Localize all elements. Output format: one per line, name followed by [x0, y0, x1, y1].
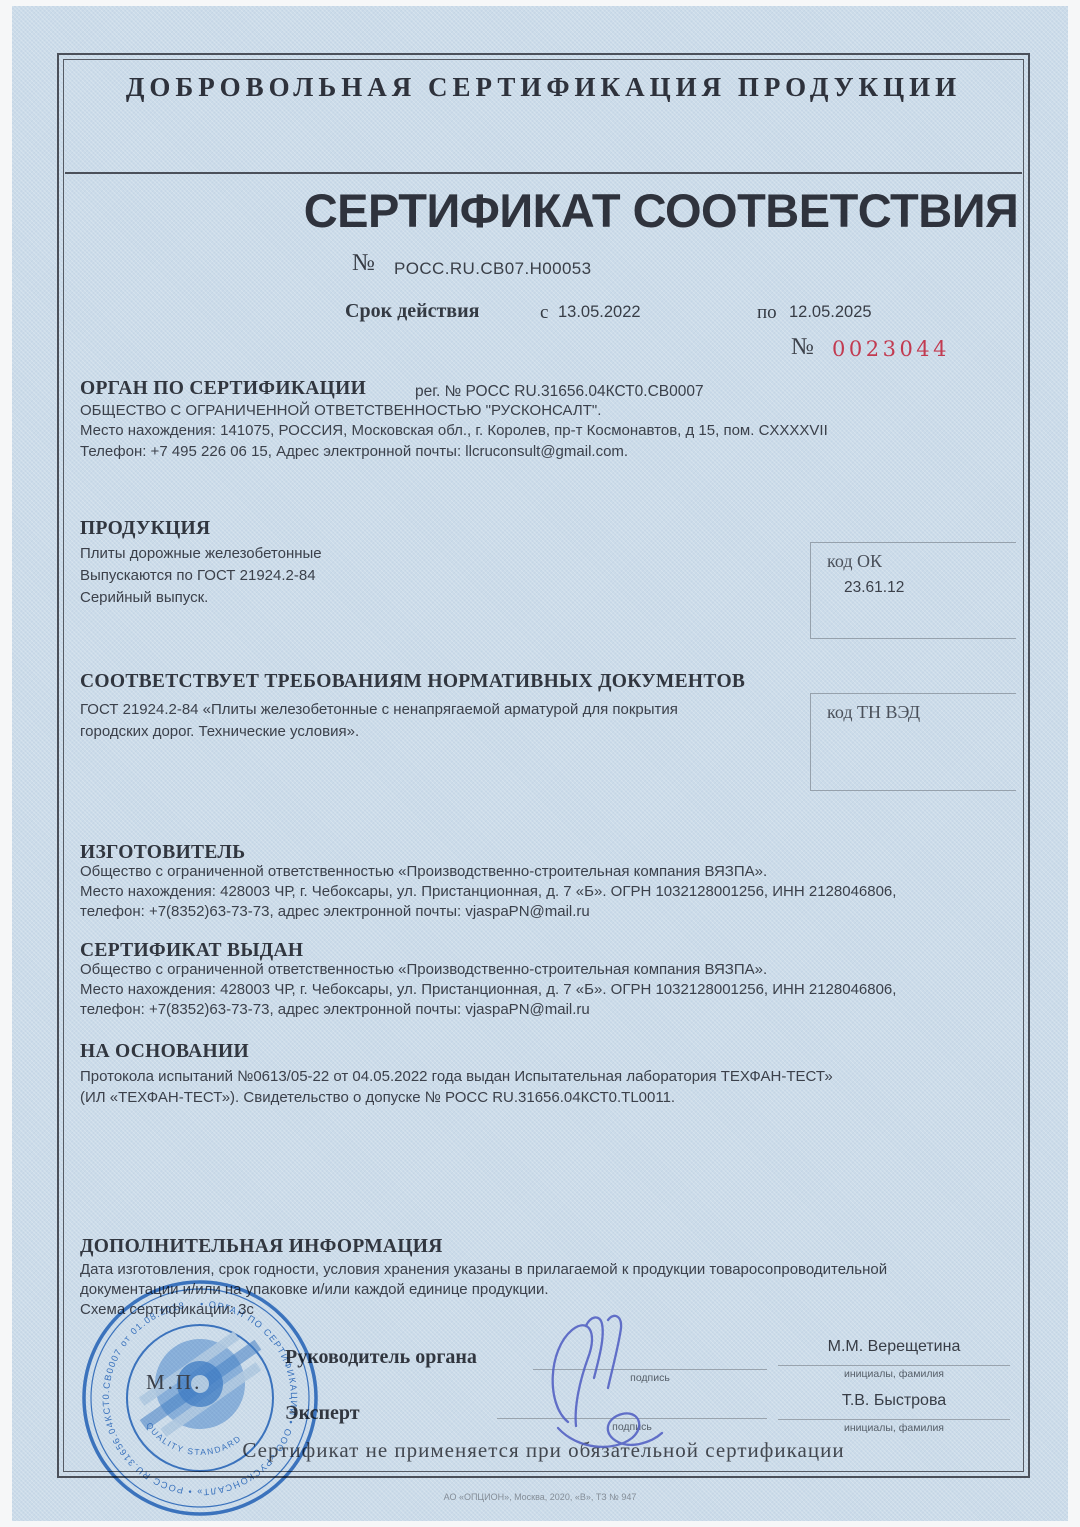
document-title: СЕРТИФИКАТ СООТВЕТСТВИЯ — [266, 183, 1056, 238]
section-title-basis: НА ОСНОВАНИИ — [80, 1041, 249, 1063]
code-tnved-box: код ТН ВЭД — [810, 693, 1016, 791]
product-line: Выпускаются по ГОСТ 21924.2-84 — [80, 567, 322, 589]
compliance-line: ГОСТ 21924.2-84 «Плиты железобетонные с … — [80, 701, 678, 723]
validity-from-label: с — [540, 302, 548, 324]
blank-number-label: № — [791, 334, 814, 361]
manufacturer-line: Место нахождения: 428003 ЧР, г. Чебоксар… — [80, 883, 896, 903]
section-title-compliance: СООТВЕТСТВУЕТ ТРЕБОВАНИЯМ НОРМАТИВНЫХ ДО… — [80, 671, 745, 693]
issued-to-line: Место нахождения: 428003 ЧР, г. Чебоксар… — [80, 981, 896, 1001]
blank-number-value: 0023044 — [832, 337, 950, 361]
handwritten-signature — [526, 1310, 676, 1450]
issued-to-details: Общество с ограниченной ответственностью… — [80, 961, 896, 1021]
issued-to-line: телефон: +7(8352)63-73-73, адрес электро… — [80, 1001, 896, 1021]
section-title-additional: ДОПОЛНИТЕЛЬНАЯ ИНФОРМАЦИЯ — [80, 1236, 443, 1258]
org-line: Телефон: +7 495 226 06 15, Адрес электро… — [80, 443, 828, 463]
manufacturer-details: Общество с ограниченной ответственностью… — [80, 863, 896, 923]
expert-name-caption: инициалы, фамилия — [778, 1422, 1010, 1434]
product-details: Плиты дорожные железобетонные Выпускаютс… — [80, 545, 322, 612]
header-divider-line — [65, 172, 1022, 174]
validity-label: Срок действия — [345, 300, 479, 323]
certificate-number-value: POCC.RU.CB07.H00053 — [394, 259, 592, 279]
compliance-line: городских дорог. Технические условия». — [80, 723, 678, 745]
org-line: Место нахождения: 141075, РОССИЯ, Москов… — [80, 422, 828, 442]
scheme-header: ДОБРОВОЛЬНАЯ СЕРТИФИКАЦИЯ ПРОДУКЦИИ — [65, 72, 1022, 103]
head-name: М.М. Верещетина — [778, 1338, 1010, 1356]
issued-to-line: Общество с ограниченной ответственностью… — [80, 961, 896, 981]
validity-to-date: 12.05.2025 — [789, 303, 872, 322]
stamp-place-mark: М.П. — [146, 1370, 202, 1395]
expert-name-line — [778, 1419, 1010, 1420]
code-ok-value: 23.61.12 — [844, 579, 1016, 597]
manufacturer-line: телефон: +7(8352)63-73-73, адрес электро… — [80, 903, 896, 923]
product-line: Серийный выпуск. — [80, 589, 322, 611]
section-title-issued-to: СЕРТИФИКАТ ВЫДАН — [80, 940, 303, 962]
product-line: Плиты дорожные железобетонные — [80, 545, 322, 567]
basis-line: Протокола испытаний №0613/05-22 от 04.05… — [80, 1068, 833, 1089]
manufacturer-line: Общество с ограниченной ответственностью… — [80, 863, 896, 883]
expert-name: Т.В. Быстрова — [778, 1392, 1010, 1410]
basis-line: (ИЛ «ТЕХФАН-ТЕСТ»). Свидетельство о допу… — [80, 1089, 833, 1110]
org-reg-number: рег. № РОСС RU.31656.04КСТ0.СВ0007 — [415, 383, 704, 401]
code-tnved-label: код ТН ВЭД — [827, 702, 1016, 723]
section-title-product: ПРОДУКЦИЯ — [80, 518, 210, 540]
code-ok-box: код ОК 23.61.12 — [810, 542, 1016, 639]
validity-to-label: по — [757, 302, 777, 324]
head-name-line — [778, 1365, 1010, 1366]
certificate-sheet: ДОБРОВОЛЬНАЯ СЕРТИФИКАЦИЯ ПРОДУКЦИИ СЕРТ… — [12, 6, 1068, 1521]
section-title-org: ОРГАН ПО СЕРТИФИКАЦИИ — [80, 378, 366, 400]
certificate-number-label: № — [352, 250, 375, 277]
compliance-details: ГОСТ 21924.2-84 «Плиты железобетонные с … — [80, 701, 678, 745]
head-name-caption: инициалы, фамилия — [778, 1368, 1010, 1380]
org-details: ОБЩЕСТВО С ОГРАНИЧЕННОЙ ОТВЕТСТВЕННОСТЬЮ… — [80, 402, 828, 463]
validity-from-date: 13.05.2022 — [558, 303, 641, 322]
org-line: ОБЩЕСТВО С ОГРАНИЧЕННОЙ ОТВЕТСТВЕННОСТЬЮ… — [80, 402, 828, 422]
section-title-manufacturer: ИЗГОТОВИТЕЛЬ — [80, 842, 245, 864]
code-ok-label: код ОК — [827, 551, 1016, 572]
basis-details: Протокола испытаний №0613/05-22 от 04.05… — [80, 1068, 833, 1110]
